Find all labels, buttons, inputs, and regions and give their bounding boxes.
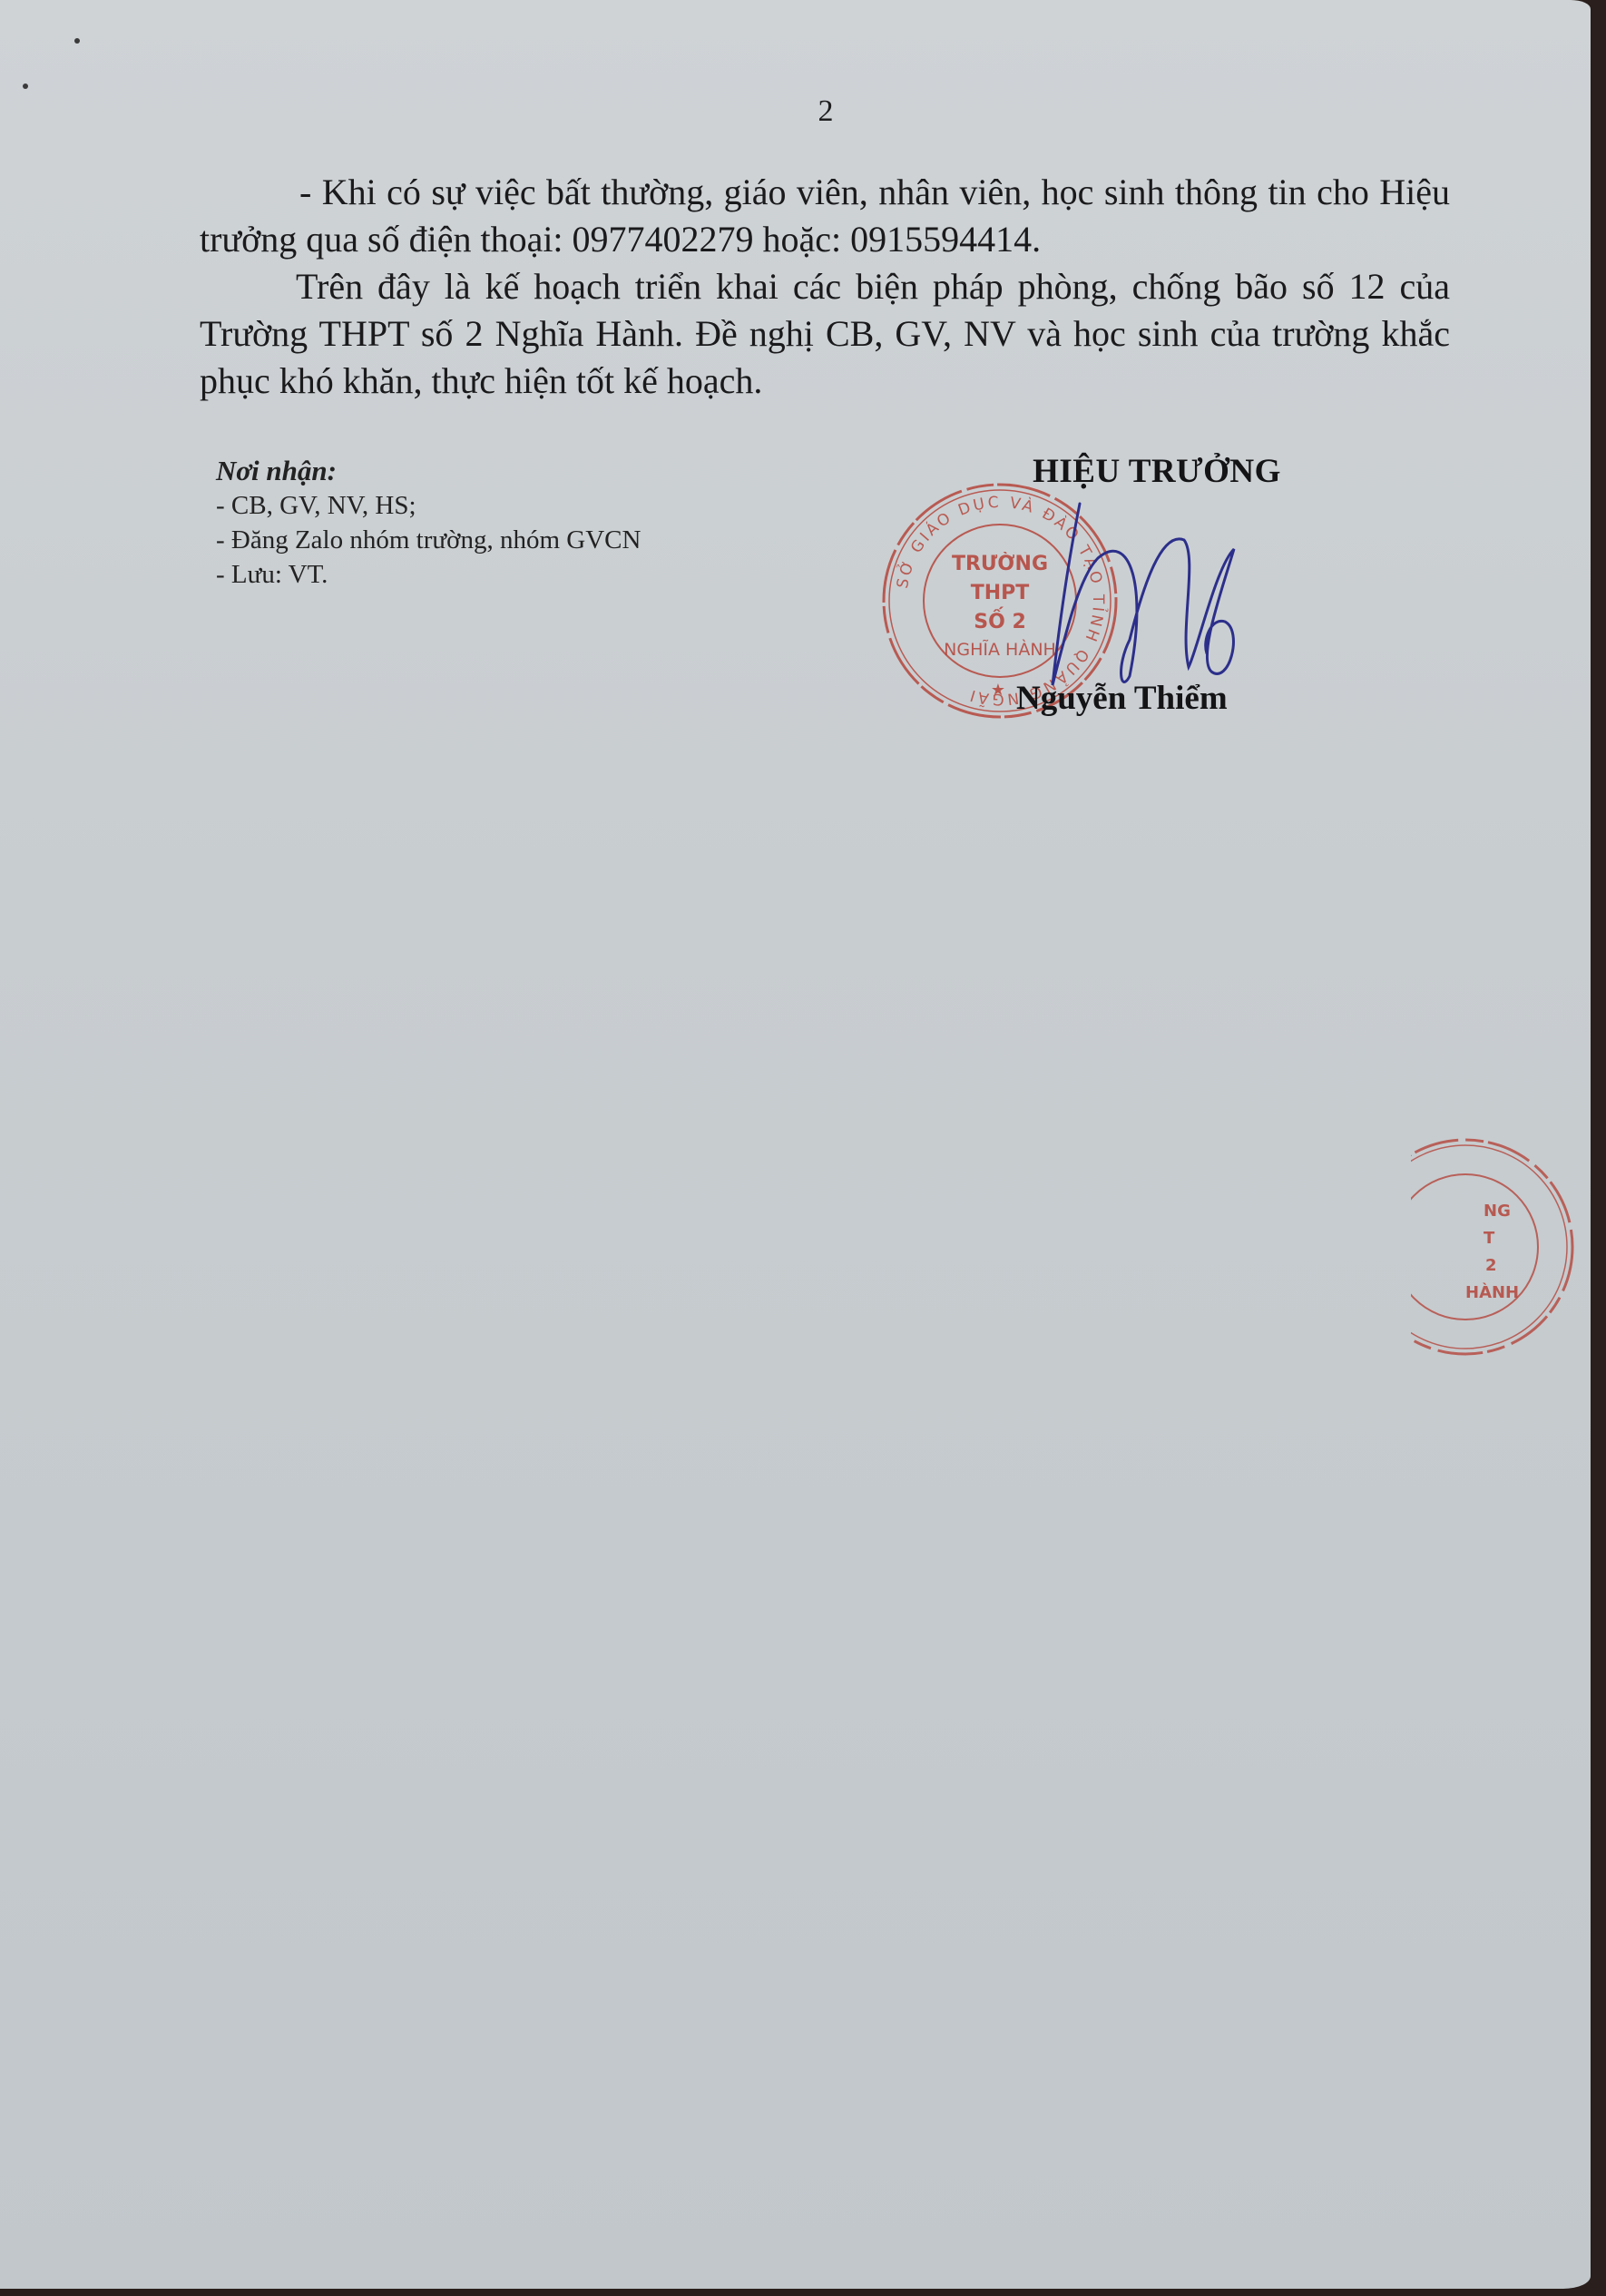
recipients-heading: Nơi nhận: xyxy=(216,454,641,488)
paper-speck xyxy=(23,83,28,89)
svg-text:T: T xyxy=(1484,1229,1495,1248)
document-body: - Khi có sự việc bất thường, giáo viên, … xyxy=(200,169,1450,405)
svg-text:2: 2 xyxy=(1485,1256,1497,1275)
recipients-block: Nơi nhận: - CB, GV, NV, HS; - Đăng Zalo … xyxy=(216,454,641,592)
stamp-line: THPT xyxy=(971,582,1030,604)
recipient-item: - Lưu: VT. xyxy=(216,557,641,592)
partial-stamp-edge: NG T 2 HÀNH xyxy=(1411,1125,1606,1369)
document-page: 2 - Khi có sự việc bất thường, giáo viên… xyxy=(0,0,1591,2289)
paragraph-closing: Trên đây là kế hoạch triển khai các biện… xyxy=(200,263,1450,405)
svg-text:HÀNH: HÀNH xyxy=(1465,1282,1519,1302)
stamp-line: SỐ 2 xyxy=(974,607,1026,633)
signer-title: HIỆU TRƯỞNG xyxy=(984,452,1329,491)
paper-speck xyxy=(74,38,80,44)
stamp-line: NGHĨA HÀNH xyxy=(944,639,1056,660)
page-number: 2 xyxy=(0,94,1606,129)
signer-name: Nguyễn Thiểm xyxy=(1016,679,1228,718)
svg-text:NG: NG xyxy=(1484,1202,1511,1221)
paragraph-contact: - Khi có sự việc bất thường, giáo viên, … xyxy=(200,169,1450,263)
handwritten-signature xyxy=(1043,495,1261,703)
stamp-line: TRƯỜNG xyxy=(952,552,1048,575)
recipient-item: - Đăng Zalo nhóm trường, nhóm GVCN xyxy=(216,523,641,557)
signature-block: HIỆU TRƯỞNG xyxy=(984,452,1329,491)
recipient-item: - CB, GV, NV, HS; xyxy=(216,488,641,523)
svg-text:★: ★ xyxy=(991,681,1005,700)
